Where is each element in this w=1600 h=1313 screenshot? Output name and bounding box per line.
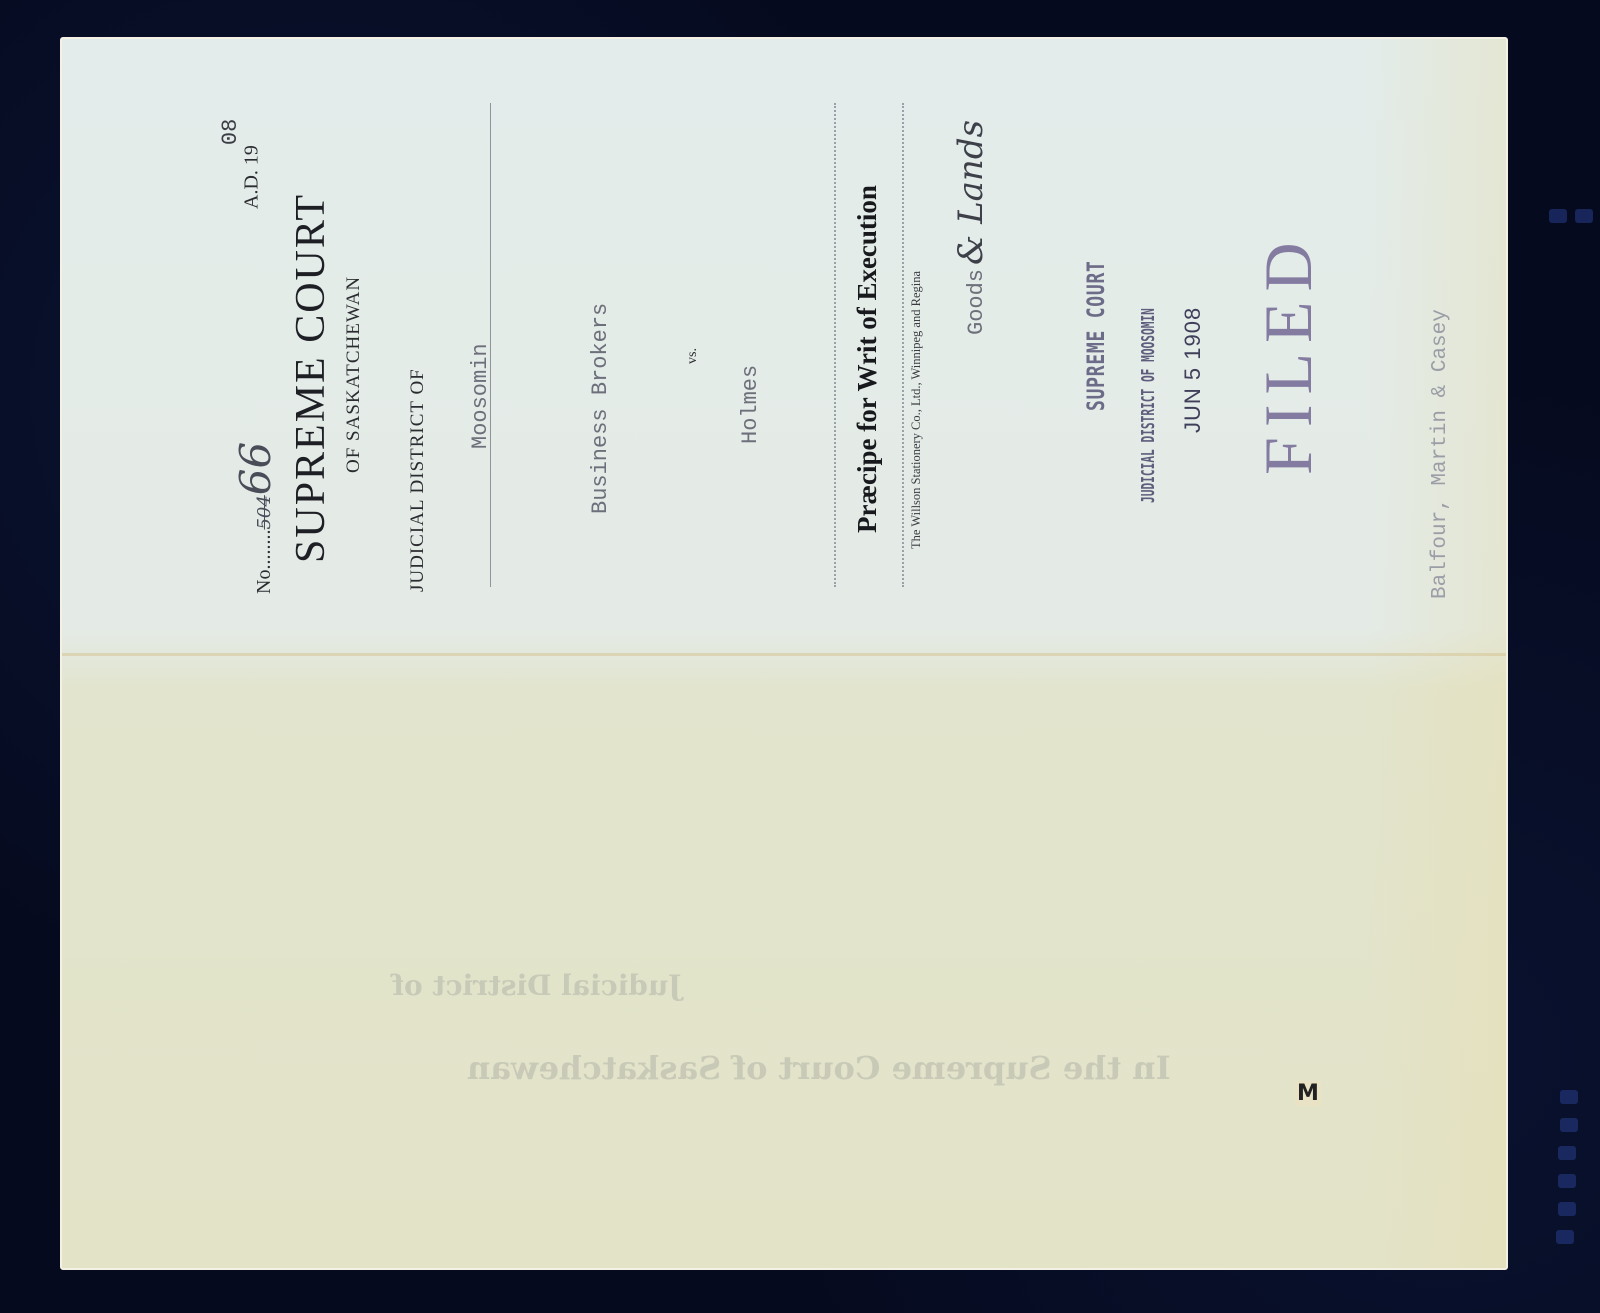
stamp-court: SUPREME COURT <box>1084 260 1108 411</box>
defendant-name: Holmes <box>740 365 762 444</box>
case-number-field: No........50466 <box>235 442 277 594</box>
case-number-dots: ....... <box>253 530 275 565</box>
case-number-label: No. <box>253 565 275 594</box>
versus-label: vs. <box>686 348 700 364</box>
solicitors-name: Balfour, Martin & Casey <box>1430 309 1451 599</box>
district-label: JUDICIAL DISTRICT OF <box>408 368 427 592</box>
year-label: A.D. 19 <box>241 145 263 209</box>
year-field: A.D. 1908 <box>234 119 262 209</box>
district-underline <box>490 103 491 587</box>
sprocket-hole <box>1558 1174 1576 1188</box>
stamp-date: JUN 5 1908 <box>1182 307 1204 433</box>
year-suffix: 08 <box>218 119 243 145</box>
writ-scope-typed: Goods <box>964 269 989 335</box>
court-subtitle: OF SASKATCHEWAN <box>344 276 363 473</box>
writ-scope: Goods & Lands <box>954 120 988 335</box>
sprocket-hole <box>1558 1146 1576 1160</box>
bleed-through-line2: In the Supreme Court of Saskatchewan <box>467 1049 1171 1087</box>
sprocket-hole <box>1560 1118 1578 1132</box>
stamp-filed: FILED <box>1254 232 1322 475</box>
bleed-through-line1: Judicial District of <box>392 969 682 1002</box>
stamp-district: JUDICIAL DISTRICT OF MOOSOMIN <box>1140 308 1158 503</box>
sprocket-hole <box>1549 209 1567 223</box>
writ-scope-handwritten: & Lands <box>951 120 991 265</box>
corner-m-mark: M <box>1295 1081 1321 1106</box>
printer-imprint: The Willson Stationery Co., Ltd., Winnip… <box>910 271 923 549</box>
court-title: SUPREME COURT <box>290 193 332 563</box>
sprocket-hole <box>1556 1230 1574 1244</box>
case-number-struck: 504 <box>254 495 275 529</box>
plaintiff-name: Business Brokers <box>590 303 612 514</box>
title-rule-left <box>834 103 836 587</box>
document-title: Præcipe for Writ of Execution <box>854 185 881 533</box>
paper-fold-crease <box>62 653 1506 656</box>
title-rule-right <box>902 103 904 587</box>
district-value: Moosomin <box>470 343 492 449</box>
sprocket-hole <box>1560 1090 1578 1104</box>
case-number-handwritten: 66 <box>231 442 280 495</box>
sprocket-hole <box>1558 1202 1576 1216</box>
document-paper: No........50466 A.D. 1908 SUPREME COURT … <box>60 37 1508 1270</box>
sprocket-hole <box>1575 209 1593 223</box>
